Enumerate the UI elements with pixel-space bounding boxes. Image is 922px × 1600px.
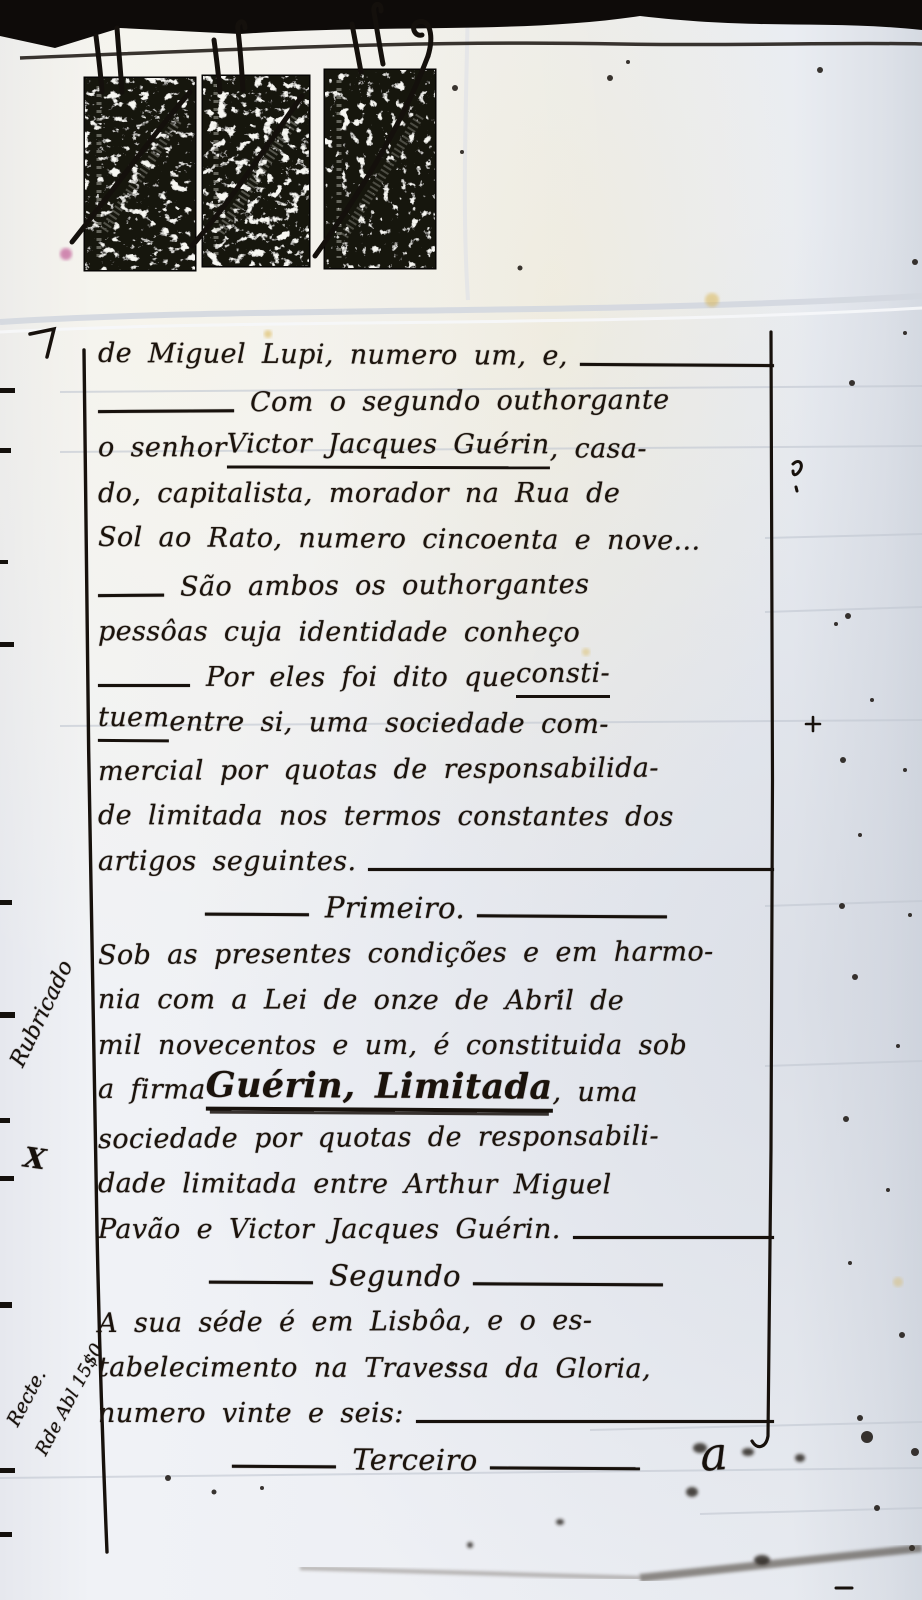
handwritten-text: , casa- — [550, 429, 647, 469]
manuscript-line: mil novecentos e um, é constituida sob — [98, 1020, 774, 1066]
handwritten-text: artigos seguintes. — [98, 842, 356, 882]
manuscript-line: Sob as presentes condições e em harmo- — [98, 926, 774, 976]
handwritten-text: pessôas cuja identidade conheço — [98, 612, 580, 653]
manuscript-line: mercial por quotas de responsabilida- — [98, 742, 774, 792]
handwritten-text: de Miguel Lupi, numero um, e, — [98, 334, 568, 377]
manuscript-line: sociedade por quotas de responsabili- — [98, 1110, 774, 1160]
handwritten-text: de limitada nos termos constantes dos — [98, 796, 674, 838]
manuscript-line: o senhor Victor Jacques Guérin, casa- — [98, 422, 774, 470]
manuscript-line: de Miguel Lupi, numero um, e, — [98, 328, 774, 378]
handwritten-text: Sol ao Rato, numero cincoenta e nove... — [98, 518, 701, 562]
ink-rule — [98, 594, 164, 597]
handwritten-text: , uma — [552, 1073, 638, 1114]
handwritten-text: Guérin, Limitada — [206, 1066, 553, 1113]
margin-cross-mark: X — [22, 1141, 48, 1177]
handwritten-text: mercial por quotas de responsabilida- — [98, 749, 659, 792]
manuscript-line: A sua séde é em Lisbôa, e o es- — [98, 1294, 774, 1344]
ink-rule — [98, 409, 234, 413]
handwritten-text: do, capitalista, morador na Rua de — [98, 474, 620, 514]
handwritten-text: Victor Jacques Guérin — [227, 424, 550, 469]
fiscal-stamp-row — [72, 4, 435, 270]
section-heading-line: Primeiro. — [98, 880, 774, 930]
handwritten-text: sociedade por quotas de responsabili- — [98, 1117, 659, 1160]
manuscript-line: pessôas cuja identidade conheço — [98, 606, 774, 654]
ink-rule — [98, 684, 190, 687]
handwritten-text: São ambos os outhorgantes — [180, 565, 590, 607]
handwritten-text: nia com a Lei de onze de Abril de — [98, 980, 624, 1021]
scanned-notarial-deed-page: de Miguel Lupi, numero um, e,Com o segun… — [0, 0, 922, 1600]
fiscal-stamp-3 — [325, 70, 435, 268]
handwritten-text: A sua séde é em Lisbôa, e o es- — [98, 1301, 593, 1344]
ink-rule — [209, 1281, 313, 1285]
manuscript-line: a firma Guérin, Limitada, uma — [98, 1064, 774, 1114]
manuscript-line: Com o segundo outhorgante — [98, 374, 774, 424]
ink-rule — [416, 1420, 774, 1423]
ink-rule — [490, 1466, 640, 1470]
ink-rule — [368, 868, 774, 871]
handwritten-text: numero vinte e seis: — [98, 1394, 404, 1434]
handwritten-text: Sob as presentes condições e em harmo- — [98, 932, 714, 976]
manuscript-line: do, capitalista, morador na Rua de — [98, 468, 774, 514]
handwritten-text: o senhor — [98, 428, 227, 468]
manuscript-line: Por eles foi dito que consti- — [98, 652, 774, 698]
scan-edge-dashes — [0, 388, 15, 1537]
manuscript-line: numero vinte e seis: — [98, 1388, 774, 1434]
manuscript-line: São ambos os outhorgantes — [98, 558, 774, 608]
ink-rule — [573, 1236, 774, 1239]
manuscript-line: Pavão e Victor Jacques Guérin. — [98, 1204, 774, 1250]
handwritten-text: tuem — [98, 698, 170, 742]
handwritten-text: dade limitada entre Arthur Miguel — [98, 1164, 612, 1205]
handwritten-text: entre si, uma sociedade com- — [169, 702, 609, 745]
section-heading-line: Segundo — [98, 1248, 774, 1298]
manuscript-line: tuem entre si, uma sociedade com- — [98, 696, 774, 746]
ink-rule — [205, 913, 309, 917]
catchword: a — [698, 1420, 811, 1482]
manuscript-line: nia com a Lei de onze de Abril de — [98, 974, 774, 1022]
handwritten-text: mil novecentos e um, é constituida sob — [98, 1026, 687, 1066]
manuscript-line: dade limitada entre Arthur Miguel — [98, 1158, 774, 1206]
handwritten-text: Pavão e Victor Jacques Guérin. — [98, 1210, 561, 1250]
manuscript-line: de limitada nos termos constantes dos — [98, 790, 774, 838]
scan-top-edge — [0, 0, 922, 58]
manuscript-line: artigos seguintes. — [98, 836, 774, 882]
handwritten-text: consti- — [516, 654, 610, 698]
handwritten-text: Segundo — [329, 1255, 461, 1296]
ink-rule — [473, 1282, 663, 1286]
ink-rule — [580, 363, 774, 367]
handwritten-text: Primeiro. — [325, 887, 465, 928]
handwritten-text: a firma — [98, 1070, 206, 1111]
ink-rule — [232, 1465, 336, 1469]
handwritten-text: Com o segundo outhorgante — [250, 381, 670, 424]
section-heading-line: Terceiro — [98, 1432, 774, 1482]
manuscript: de Miguel Lupi, numero um, e,Com o segun… — [98, 330, 774, 1480]
handwritten-text: Por eles foi dito que — [206, 658, 516, 698]
manuscript-line: Sol ao Rato, numero cincoenta e nove... — [98, 512, 774, 562]
handwritten-text: tabelecimento na Travessa da Gloria, — [98, 1348, 651, 1389]
manuscript-line: tabelecimento na Travessa da Gloria, — [98, 1342, 774, 1390]
handwritten-text: Terceiro — [352, 1439, 478, 1480]
ink-rule — [477, 914, 667, 918]
